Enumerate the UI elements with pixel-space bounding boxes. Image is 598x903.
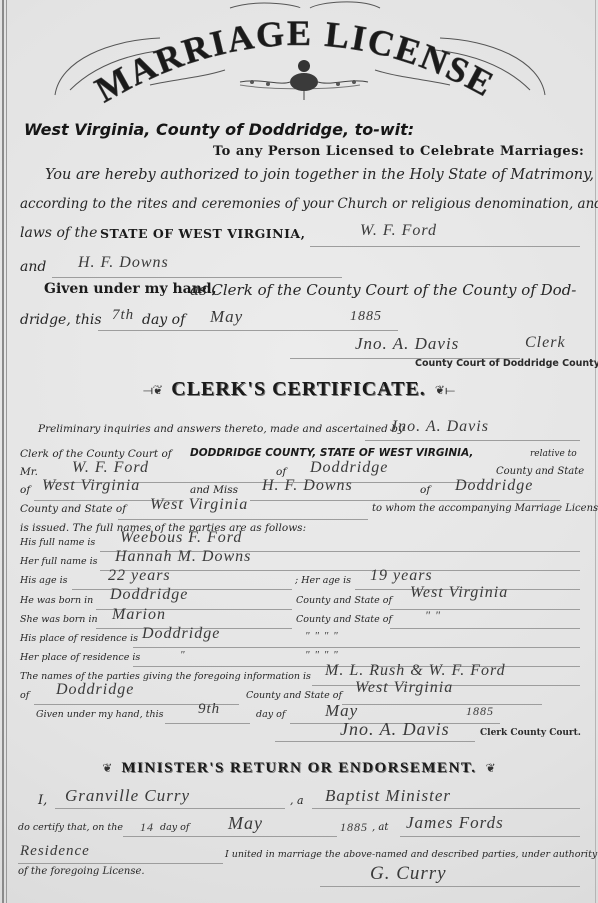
relative-to-label: relative to	[530, 449, 577, 459]
informants-of-label: of	[20, 690, 29, 701]
he-born-state: West Virginia	[410, 584, 508, 602]
county-and-state-label: County and State	[496, 466, 584, 477]
left-ornament-icon: ⟞❦	[143, 383, 162, 398]
her-residence: "	[180, 649, 186, 661]
marriage-day-of-label: day of	[160, 822, 189, 833]
clerk-signature: Jno. A. Davis	[355, 334, 459, 354]
ministers-return-heading: ❦ MINISTER'S RETURN OR ENDORSEMENT. ❦	[0, 757, 598, 777]
license-line-1: You are hereby authorized to join togeth…	[45, 167, 594, 183]
his-full-name-label: His full name is	[20, 537, 95, 548]
his-residence: Doddridge	[142, 625, 220, 643]
marriage-place-line-1: James Fords	[406, 813, 504, 833]
preliminary-inquiries-text: Preliminary inquiries and answers theret…	[38, 423, 404, 435]
bride-short-name: H. F. Downs	[78, 254, 169, 272]
and-miss-label: and Miss	[190, 484, 238, 496]
cert-day: 9th	[198, 701, 220, 718]
left-ornament-icon: ❦	[102, 761, 112, 775]
cert-groom-short: W. F. Ford	[72, 459, 149, 477]
cert-signature: Jno. A. Davis	[340, 719, 450, 740]
she-born: Marion	[112, 606, 166, 624]
cert-given-label: Given under my hand, this	[36, 709, 164, 720]
of3-label: of	[420, 484, 430, 496]
her-residence-ditto: " " " "	[305, 649, 339, 661]
minister-title: Baptist Minister	[325, 786, 451, 806]
cert-day-of-label: day of	[256, 709, 285, 720]
marriage-month: May	[228, 813, 263, 834]
bride-county: Doddridge	[455, 477, 533, 495]
bride-state: West Virginia	[150, 496, 248, 514]
minister-name: Granville Curry	[65, 786, 190, 806]
license-line-2: according to the rites and ceremonies of…	[20, 196, 598, 212]
license-month: May	[210, 307, 243, 327]
cert-year: 1885	[466, 704, 494, 719]
cert-month: May	[325, 701, 358, 721]
state-of-west-virginia-label: STATE OF WEST VIRGINIA,	[100, 226, 305, 241]
his-residence-label: His place of residence is	[20, 633, 138, 644]
his-age: 22 years	[108, 567, 171, 585]
marriage-year: 1885	[340, 820, 368, 835]
she-born-state-ditto: " "	[425, 608, 441, 623]
cert-bride-short: H. F. Downs	[262, 477, 353, 495]
jurisdiction-heading: West Virginia, County of Doddridge, to-w…	[24, 120, 414, 139]
title-block: MARRIAGE LICENSE.	[0, 0, 598, 110]
cherub-ornament-icon	[240, 60, 368, 100]
groom-county: Doddridge	[310, 459, 388, 477]
right-ornament-icon: ❦	[486, 761, 496, 775]
title-flourish-icon: MARRIAGE LICENSE.	[0, 0, 598, 112]
groom-short-name: W. F. Ford	[360, 222, 437, 240]
i-label: I,	[38, 793, 47, 808]
informants-county: Doddridge	[56, 681, 134, 699]
his-residence-ditto: " " " "	[305, 630, 339, 642]
he-born: Doddridge	[110, 586, 188, 604]
informants-state-label: County and State of	[246, 690, 342, 701]
her-residence-label: Her place of residence is	[20, 652, 140, 663]
he-born-state-label: County and State of	[296, 595, 392, 606]
addressee-line: To any Person Licensed to Celebrate Marr…	[213, 144, 584, 159]
clerk-title: Clerk	[525, 334, 566, 352]
to-whom-text: to whom the accompanying Marriage Licens…	[372, 503, 598, 514]
her-full-name: Hannah M. Downs	[115, 548, 251, 566]
minister-signature: G. Curry	[370, 863, 447, 885]
informants-state: West Virginia	[355, 679, 453, 697]
license-year: 1885	[350, 309, 382, 325]
informants: M. L. Rush & W. F. Ford	[325, 662, 506, 680]
of2-label: of	[20, 484, 30, 496]
marriage-place-line-2: Residence	[20, 843, 90, 860]
dated-prefix: dridge, this	[20, 312, 102, 328]
county-and-state-of-label: County and State of	[20, 503, 126, 515]
she-born-label: She was born in	[20, 614, 98, 625]
svg-text:MARRIAGE LICENSE.: MARRIAGE LICENSE.	[0, 0, 502, 110]
license-day-of-label: day of	[142, 312, 185, 328]
marriage-day: 14	[140, 820, 154, 835]
her-full-name-label: Her full name is	[20, 556, 98, 567]
marriage-license-page: MARRIAGE LICENSE. West Virginia, County …	[0, 0, 598, 903]
she-born-state-label: County and State of	[296, 614, 392, 625]
at-label: , at	[372, 822, 388, 833]
foregoing-text: of the foregoing License.	[18, 866, 145, 877]
mr-label: Mr.	[20, 466, 38, 478]
he-born-label: He was born in	[20, 595, 93, 606]
groom-state: West Virginia	[42, 477, 140, 495]
certify-label: do certify that, on the	[18, 822, 123, 833]
right-ornament-icon: ❦⟝	[435, 383, 455, 398]
clerk-caption: County Court of Doddridge County.	[415, 358, 598, 369]
her-age-label: ; Her age is	[295, 575, 351, 586]
his-full-name: Weebous F. Ford	[120, 529, 242, 547]
her-age: 19 years	[370, 567, 433, 585]
a-label: , a	[290, 794, 304, 807]
county-state-label: DODDRIDGE COUNTY, STATE OF WEST VIRGINIA…	[190, 447, 473, 459]
license-line-3-prefix: laws of the	[20, 225, 97, 241]
cert-signature-caption: Clerk County Court.	[480, 728, 581, 738]
and-label: and	[20, 259, 46, 275]
clerks-certificate-heading: ⟞❦ CLERK'S CERTIFICATE. ❦⟝	[0, 378, 598, 401]
license-day: 7th	[112, 307, 134, 324]
clerk-of-county-text: as Clerk of the County Court of the Coun…	[190, 281, 576, 299]
his-age-label: His age is	[20, 575, 68, 586]
ascertained-by-name: Jno. A. Davis	[390, 418, 489, 436]
united-text: I united in marriage the above-named and…	[225, 849, 597, 860]
